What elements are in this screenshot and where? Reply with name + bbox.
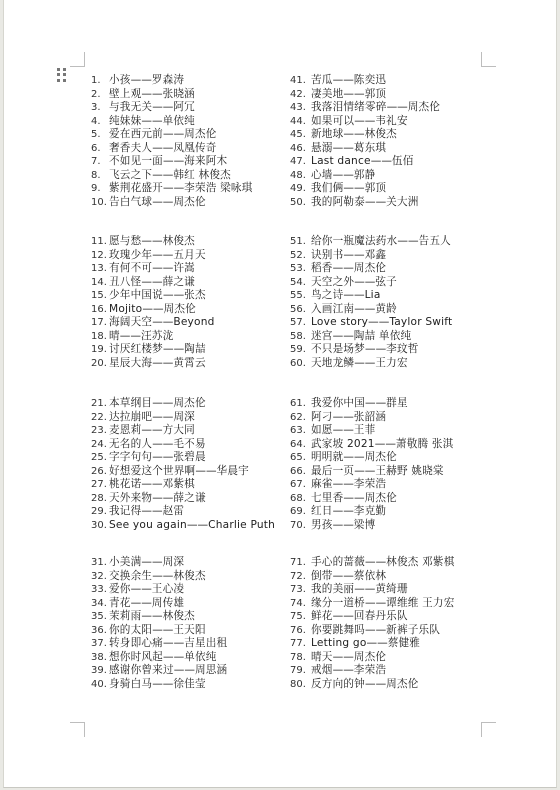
list-item: 78.晴天——周杰伦 <box>290 651 490 665</box>
separator: —— <box>333 74 354 88</box>
artist-name: 海来阿木 <box>184 155 227 169</box>
separator: —— <box>333 169 354 183</box>
list-number: 46. <box>290 142 311 156</box>
song-title: 茉莉雨 <box>109 610 141 624</box>
separator: —— <box>141 478 162 492</box>
list-item: 19.讨厌红楼梦——陶喆 <box>88 343 288 357</box>
list-number: 65. <box>290 451 311 465</box>
separator: —— <box>343 88 364 102</box>
list-number: 56. <box>290 303 311 317</box>
separator: —— <box>141 235 162 249</box>
song-title: 桃花诺 <box>109 478 141 492</box>
song-title: 心墙 <box>311 169 333 183</box>
artist-name: 蔡健雅 <box>388 637 420 651</box>
separator: —— <box>365 624 386 638</box>
list-number: 36. <box>88 624 109 638</box>
song-title: 无名的人 <box>109 438 152 452</box>
artist-name: 薛之谦 <box>163 276 195 290</box>
song-title: 奢香夫人 <box>109 142 152 156</box>
artist-name: 关大洲 <box>386 196 418 210</box>
artist-name: 告五人 <box>419 235 451 249</box>
list-number: 4. <box>88 115 109 129</box>
artist-name: 陶喆 单依纯 <box>354 330 412 344</box>
song-title: 与我无关 <box>109 101 152 115</box>
separator: —— <box>163 155 184 169</box>
separator: —— <box>152 570 173 584</box>
artist-name: 回春丹乐队 <box>354 610 408 624</box>
list-item: 12.玫瑰少年——五月天 <box>88 249 288 263</box>
song-title: 丑八怪 <box>109 276 141 290</box>
song-title: 紫荆花盛开 <box>109 182 163 196</box>
separator: —— <box>152 196 173 210</box>
artist-name: Lia <box>365 289 381 303</box>
list-number: 63. <box>290 424 311 438</box>
artist-name: 汪苏泷 <box>141 330 173 344</box>
separator: —— <box>131 597 152 611</box>
separator: —— <box>375 438 396 452</box>
separator: —— <box>343 182 364 196</box>
song-title: 鸟之诗 <box>311 289 343 303</box>
song-title: Mojito <box>109 303 142 317</box>
artist-name: 周深 <box>173 411 195 425</box>
song-title: 本草纲目 <box>109 397 152 411</box>
separator: —— <box>333 505 354 519</box>
song-title: 感谢你曾来过 <box>109 664 174 678</box>
list-number: 24. <box>88 438 109 452</box>
artist-name: 林俊杰 <box>163 235 195 249</box>
list-number: 18. <box>88 330 109 344</box>
artist-name: 周杰伦 <box>354 651 386 665</box>
list-item: 55.鸟之诗——Lia <box>290 289 490 303</box>
list-number: 34. <box>88 597 109 611</box>
artist-name: 周杰伦 <box>354 262 386 276</box>
separator: —— <box>152 411 173 425</box>
list-item: 68.七里香——周杰伦 <box>290 492 490 506</box>
list-item: 33.爱你——王心凌 <box>88 583 288 597</box>
separator: —— <box>343 451 364 465</box>
list-item: 38.想你时风起——单依纯 <box>88 651 288 665</box>
list-item: 52.诀别书——邓鑫 <box>290 249 490 263</box>
list-number: 74. <box>290 597 311 611</box>
separator: —— <box>354 303 375 317</box>
separator: —— <box>131 74 152 88</box>
artist-name: 群星 <box>386 397 408 411</box>
list-number: 5. <box>88 128 109 142</box>
list-number: 59. <box>290 343 311 357</box>
song-group: 11.愿与愁——林俊杰12.玫瑰少年——五月天13.有何不可——许嵩14.丑八怪… <box>88 235 288 370</box>
list-number: 58. <box>290 330 311 344</box>
separator: —— <box>152 142 173 156</box>
list-item: 60.天地龙鳞——王力宏 <box>290 357 490 371</box>
artist-name: 周杰伦 <box>173 196 205 210</box>
list-item: 3.与我无关——阿冗 <box>88 101 288 115</box>
separator: —— <box>367 637 388 651</box>
document-page: 1.小孩——罗森涛2.壁上观——张晓涵3.与我无关——阿冗4.纯妹妹——单依纯5… <box>3 0 557 788</box>
song-title: 纯妹妹 <box>109 115 141 129</box>
list-item: 59.不只是场梦——李玟哲 <box>290 343 490 357</box>
artist-name: 张韶涵 <box>354 411 386 425</box>
separator: —— <box>152 101 173 115</box>
list-item: 66.最后一页——王赫野 姚晓棠 <box>290 465 490 479</box>
separator: —— <box>152 624 173 638</box>
song-title: 爱在西元前 <box>109 128 163 142</box>
song-title: 凄美地 <box>311 88 343 102</box>
song-title: 星辰大海 <box>109 357 152 371</box>
artist-name: 林俊杰 <box>365 128 397 142</box>
artist-name: Charlie Puth <box>208 519 275 533</box>
artist-name: 黄龄 <box>375 303 397 317</box>
list-number: 53. <box>290 262 311 276</box>
separator: —— <box>333 262 354 276</box>
separator: —— <box>152 438 173 452</box>
song-title: 明明就 <box>311 451 343 465</box>
song-title: 天空之外 <box>311 276 354 290</box>
artist-name: 陈奕迅 <box>354 74 386 88</box>
song-title: 不只是场梦 <box>311 343 365 357</box>
list-number: 30. <box>88 519 109 533</box>
song-title: 我落泪情绪零碎 <box>311 101 387 115</box>
list-number: 39. <box>88 664 109 678</box>
list-item: 6.奢香夫人——凤凰传奇 <box>88 142 288 156</box>
list-item: 1.小孩——罗森涛 <box>88 74 288 88</box>
list-number: 31. <box>88 556 109 570</box>
list-item: 50.我的阿勒泰——关大洲 <box>290 196 490 210</box>
separator: —— <box>354 465 375 479</box>
list-number: 13. <box>88 262 109 276</box>
list-item: 64.武家坡 2021——萧敬腾 张淇 <box>290 438 490 452</box>
list-item: 5.爱在西元前——周杰伦 <box>88 128 288 142</box>
song-title: 天地龙鳞 <box>311 357 354 371</box>
song-group: 21.本草纲目——周杰伦22.达拉崩吧——周深23.麦恩莉——方大同24.无名的… <box>88 397 288 532</box>
list-item: 4.纯妹妹——单依纯 <box>88 115 288 129</box>
list-item: 20.星辰大海——黄霄云 <box>88 357 288 371</box>
song-title: 麦恩莉 <box>109 424 141 438</box>
song-title: 如愿 <box>311 424 333 438</box>
list-number: 61. <box>290 397 311 411</box>
list-item: 26.好想爱这个世界啊——华晨宇 <box>88 465 288 479</box>
artist-name: 陶喆 <box>184 343 206 357</box>
separator: —— <box>152 397 173 411</box>
separator: —— <box>163 651 184 665</box>
separator: —— <box>333 330 354 344</box>
list-number: 68. <box>290 492 311 506</box>
list-number: 32. <box>88 570 109 584</box>
list-number: 45. <box>290 128 311 142</box>
song-title: 我记得 <box>109 505 141 519</box>
separator: —— <box>141 556 162 570</box>
artist-name: 葛东琪 <box>354 142 386 156</box>
song-title: 麻雀 <box>311 478 333 492</box>
list-item: 42.凄美地——郭顶 <box>290 88 490 102</box>
song-title: See you again <box>109 519 187 533</box>
list-number: 1. <box>88 74 109 88</box>
list-item: 27.桃花诺——邓紫棋 <box>88 478 288 492</box>
separator: —— <box>163 128 184 142</box>
list-number: 70. <box>290 519 311 533</box>
list-number: 72. <box>290 570 311 584</box>
separator: —— <box>333 411 354 425</box>
list-item: 29.我记得——赵雷 <box>88 505 288 519</box>
song-group: 51.给你一瓶魔法药水——告五人52.诀别书——邓鑫53.稻香——周杰伦54.天… <box>290 235 490 370</box>
list-item: 22.达拉崩吧——周深 <box>88 411 288 425</box>
list-number: 29. <box>88 505 109 519</box>
artist-name: 周杰伦 <box>184 128 216 142</box>
list-number: 67. <box>290 478 311 492</box>
artist-name: 周杰伦 <box>408 101 440 115</box>
artist-name: 萧敬腾 张淇 <box>396 438 454 452</box>
list-item: 80.反方向的钟——周杰伦 <box>290 678 490 692</box>
separator: —— <box>354 357 375 371</box>
song-title: 最后一页 <box>311 465 354 479</box>
song-title: 字字句句 <box>109 451 152 465</box>
list-number: 22. <box>88 411 109 425</box>
list-item: 11.愿与愁——林俊杰 <box>88 235 288 249</box>
list-number: 78. <box>290 651 311 665</box>
list-item: 79.戒烟——李荣浩 <box>290 664 490 678</box>
list-item: 77.Letting go——蔡健雅 <box>290 637 490 651</box>
list-number: 23. <box>88 424 109 438</box>
artist-name: 李克勤 <box>354 505 386 519</box>
artist-name: 华晨宇 <box>217 465 249 479</box>
separator: —— <box>163 637 184 651</box>
song-title: 入画江南 <box>311 303 354 317</box>
separator: —— <box>397 235 418 249</box>
list-number: 15. <box>88 289 109 303</box>
list-number: 62. <box>290 411 311 425</box>
song-group: 31.小美满——周深32.交换余生——林俊杰33.爱你——王心凌34.青花——周… <box>88 556 288 691</box>
song-title: 迷宫 <box>311 330 333 344</box>
separator: —— <box>163 182 184 196</box>
song-title: Letting go <box>311 637 367 651</box>
margin-mark-bottom-left <box>70 722 85 737</box>
separator: —— <box>141 88 162 102</box>
list-number: 37. <box>88 637 109 651</box>
list-item: 62.阿刁——张韶涵 <box>290 411 490 425</box>
list-number: 77. <box>290 637 311 651</box>
list-item: 40.身骑白马——徐佳莹 <box>88 678 288 692</box>
song-title: 达拉崩吧 <box>109 411 152 425</box>
list-number: 75. <box>290 610 311 624</box>
artist-name: 韩红 林俊杰 <box>173 169 231 183</box>
song-title: 你的太阳 <box>109 624 152 638</box>
separator: —— <box>333 424 354 438</box>
artist-name: 黄霄云 <box>173 357 205 371</box>
artist-name: 谭维维 王力宏 <box>386 597 454 611</box>
artist-name: 郭静 <box>354 169 376 183</box>
list-item: 74.缘分一道桥——谭维维 王力宏 <box>290 597 490 611</box>
song-title: 飞云之下 <box>109 169 152 183</box>
separator: —— <box>152 249 173 263</box>
song-title: Love story <box>311 316 368 330</box>
list-number: 21. <box>88 397 109 411</box>
list-number: 17. <box>88 316 109 330</box>
separator: —— <box>131 583 152 597</box>
list-item: 25.字字句句——张碧晨 <box>88 451 288 465</box>
list-number: 12. <box>88 249 109 263</box>
song-title: 小美满 <box>109 556 141 570</box>
song-group: 61.我爱你中国——群星62.阿刁——张韶涵63.如愿——王菲64.武家坡 20… <box>290 397 490 532</box>
song-title: Last dance <box>311 155 371 169</box>
list-number: 28. <box>88 492 109 506</box>
list-number: 66. <box>290 465 311 479</box>
list-item: 43.我落泪情绪零碎——周杰伦 <box>290 101 490 115</box>
separator: —— <box>163 343 184 357</box>
list-number: 16. <box>88 303 109 317</box>
artist-name: 林俊杰 邓紫棋 <box>386 556 454 570</box>
list-number: 73. <box>290 583 311 597</box>
list-item: 44.如果可以——韦礼安 <box>290 115 490 129</box>
song-title: 缘分一道桥 <box>311 597 365 611</box>
list-item: 70.男孩——梁博 <box>290 519 490 533</box>
list-item: 41.苦瓜——陈奕迅 <box>290 74 490 88</box>
artist-name: 罗森涛 <box>152 74 184 88</box>
song-title: 戒烟 <box>311 664 333 678</box>
song-title: 我的阿勒泰 <box>311 196 365 210</box>
separator: —— <box>387 101 408 115</box>
artist-name: 周杰伦 <box>365 451 397 465</box>
separator: —— <box>141 276 162 290</box>
song-group: 1.小孩——罗森涛2.壁上观——张晓涵3.与我无关——阿冗4.纯妹妹——单依纯5… <box>88 74 288 209</box>
list-number: 41. <box>290 74 311 88</box>
artist-name: 王天阳 <box>173 624 205 638</box>
artist-name: 李荣浩 <box>354 664 386 678</box>
artist-name: 周传雄 <box>152 597 184 611</box>
list-number: 33. <box>88 583 109 597</box>
separator: —— <box>141 505 162 519</box>
list-number: 55. <box>290 289 311 303</box>
artist-name: 单依纯 <box>163 115 195 129</box>
artist-name: 徐佳莹 <box>173 678 205 692</box>
list-number: 7. <box>88 155 109 169</box>
list-item: 63.如愿——王菲 <box>290 424 490 438</box>
list-item: 8.飞云之下——韩红 林俊杰 <box>88 169 288 183</box>
artist-name: 张碧晨 <box>173 451 205 465</box>
list-item: 51.给你一瓶魔法药水——告五人 <box>290 235 490 249</box>
artist-name: 王力宏 <box>375 357 407 371</box>
list-item: 21.本草纲目——周杰伦 <box>88 397 288 411</box>
song-title: 武家坡 2021 <box>311 438 375 452</box>
song-title: 给你一瓶魔法药水 <box>311 235 397 249</box>
song-title: 天外来物 <box>109 492 152 506</box>
list-item: 47.Last dance——伍佰 <box>290 155 490 169</box>
separator: —— <box>152 678 173 692</box>
artist-name: Taylor Swift <box>389 316 452 330</box>
song-group: 71.手心的蔷薇——林俊杰 邓紫棋72.倒带——蔡依林73.我的美丽——黄绮珊7… <box>290 556 490 691</box>
drag-handle-icon[interactable] <box>57 68 66 82</box>
list-item: 30.See you again——Charlie Puth <box>88 519 288 533</box>
song-title: 你要跳舞吗 <box>311 624 365 638</box>
list-item: 75.鲜花——回春丹乐队 <box>290 610 490 624</box>
margin-mark-top-left <box>70 52 85 67</box>
list-item: 54.天空之外——弦子 <box>290 276 490 290</box>
song-title: 讨厌红楼梦 <box>109 343 163 357</box>
artist-name: 王心凌 <box>152 583 184 597</box>
list-number: 10. <box>88 196 109 210</box>
song-group: 41.苦瓜——陈奕迅42.凄美地——郭顶43.我落泪情绪零碎——周杰伦44.如果… <box>290 74 490 209</box>
artist-name: 王赫野 姚晓棠 <box>375 465 443 479</box>
artist-name: 梁博 <box>354 519 376 533</box>
artist-name: 周杰伦 <box>173 397 205 411</box>
artist-name: 周深 <box>163 556 185 570</box>
artist-name: 郭顶 <box>365 182 387 196</box>
artist-name: 邓紫棋 <box>163 478 195 492</box>
song-title: 交换余生 <box>109 570 152 584</box>
list-item: 18.晴——汪苏泷 <box>88 330 288 344</box>
separator: —— <box>365 678 386 692</box>
separator: —— <box>343 128 364 142</box>
list-number: 11. <box>88 235 109 249</box>
list-item: 9.紫荆花盛开——李荣浩 梁咏琪 <box>88 182 288 196</box>
song-title: 壁上观 <box>109 88 141 102</box>
list-item: 67.麻雀——李荣浩 <box>290 478 490 492</box>
artist-name: 李玟哲 <box>386 343 418 357</box>
list-number: 64. <box>290 438 311 452</box>
list-item: 65.明明就——周杰伦 <box>290 451 490 465</box>
song-title: 少年中国说 <box>109 289 163 303</box>
artist-name: Beyond <box>173 316 214 330</box>
list-item: 16.Mojito——周杰伦 <box>88 303 288 317</box>
separator: —— <box>354 276 375 290</box>
list-item: 57.Love story——Taylor Swift <box>290 316 490 330</box>
song-title: 爱你 <box>109 583 131 597</box>
separator: —— <box>187 519 208 533</box>
artist-name: 周杰伦 <box>365 492 397 506</box>
list-item: 71.手心的蔷薇——林俊杰 邓紫棋 <box>290 556 490 570</box>
list-number: 79. <box>290 664 311 678</box>
separator: —— <box>142 303 163 317</box>
song-title: 玫瑰少年 <box>109 249 152 263</box>
song-title: 悬溺 <box>311 142 333 156</box>
list-item: 53.稻香——周杰伦 <box>290 262 490 276</box>
separator: —— <box>371 155 392 169</box>
list-item: 36.你的太阳——王天阳 <box>88 624 288 638</box>
song-title: 如果可以 <box>311 115 354 129</box>
separator: —— <box>152 357 173 371</box>
separator: —— <box>333 570 354 584</box>
artist-name: 黄绮珊 <box>375 583 407 597</box>
song-title: 新地球 <box>311 128 343 142</box>
artist-name: 张杰 <box>184 289 206 303</box>
list-item: 73.我的美丽——黄绮珊 <box>290 583 490 597</box>
list-item: 58.迷宫——陶喆 单依纯 <box>290 330 490 344</box>
list-item: 24.无名的人——毛不易 <box>88 438 288 452</box>
artist-name: 李荣浩 <box>354 478 386 492</box>
song-title: 身骑白马 <box>109 678 152 692</box>
separator: —— <box>365 343 386 357</box>
artist-name: 吉星出租 <box>184 637 227 651</box>
artist-name: 许嵩 <box>173 262 195 276</box>
separator: —— <box>365 556 386 570</box>
separator: —— <box>120 330 141 344</box>
separator: —— <box>333 664 354 678</box>
list-number: 27. <box>88 478 109 492</box>
list-item: 28.天外来物——薛之谦 <box>88 492 288 506</box>
list-number: 76. <box>290 624 311 638</box>
list-number: 20. <box>88 357 109 371</box>
list-number: 35. <box>88 610 109 624</box>
separator: —— <box>365 196 386 210</box>
list-number: 3. <box>88 101 109 115</box>
list-number: 51. <box>290 235 311 249</box>
list-item: 23.麦恩莉——方大同 <box>88 424 288 438</box>
list-number: 14. <box>88 276 109 290</box>
separator: —— <box>343 492 364 506</box>
song-title: 想你时风起 <box>109 651 163 665</box>
separator: —— <box>152 262 173 276</box>
song-title: 诀别书 <box>311 249 343 263</box>
song-title: 告白气球 <box>109 196 152 210</box>
separator: —— <box>152 316 173 330</box>
